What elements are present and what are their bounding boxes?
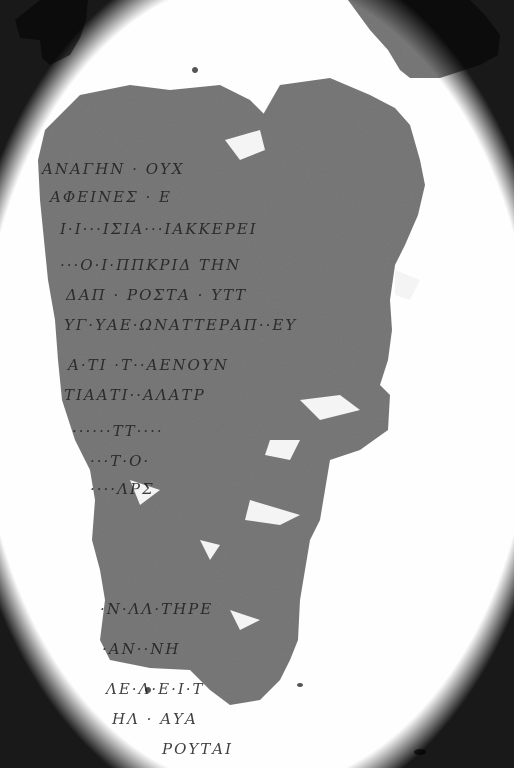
text-line: ΛΕ·Λ·Ε·Ι·Τ <box>106 680 205 698</box>
text-line: ·ΑΝ··ΝΗ <box>102 640 180 658</box>
text-line: ΥΓ·ΥΑΕ·ΩΝΑΤΤΕΡΑΠ··ΕΥ <box>64 316 297 334</box>
fragment-top-right <box>348 0 500 78</box>
text-line: ···Τ·Ο· <box>90 452 150 470</box>
text-line: ····ΛΡΣ <box>90 480 155 498</box>
papyrus-fragment-shapes <box>0 0 514 768</box>
text-line: ΡΟΥΤΑΙ <box>162 740 233 758</box>
text-line: ΤΙΑΑΤΙ··ΑΛΑΤΡ <box>64 386 206 404</box>
text-line: ΑΝΑΓΗΝ · ΟΥΧ <box>42 160 185 178</box>
text-line: ΔΑΠ · ΡΟΣΤΑ · ΥΤΤ <box>66 286 247 304</box>
text-line: ·Ν·ΛΛ·ΤΗΡΕ <box>100 600 213 618</box>
text-line: ΗΛ · ΑΥΑ <box>112 710 198 728</box>
text-line: ······ΤΤ···· <box>72 422 164 440</box>
fragment-top-left <box>15 0 88 65</box>
text-line: ΑΦΕΙΝΕΣ · Ε <box>50 188 172 206</box>
text-line: Α·ΤΙ ·Τ··ΑΕΝΟΥΝ <box>68 356 229 374</box>
text-line: Ι·Ι···ΙΣΙΑ···ΙΑΚΚΕΡΕΙ <box>60 220 258 238</box>
text-line: ···Ο·Ι·ΠΠΚΡΙΔ ΤΗΝ <box>60 256 241 274</box>
papyrus-photo: ΑΝΑΓΗΝ · ΟΥΧ ΑΦΕΙΝΕΣ · Ε Ι·Ι···ΙΣΙΑ···ΙΑ… <box>0 0 514 768</box>
